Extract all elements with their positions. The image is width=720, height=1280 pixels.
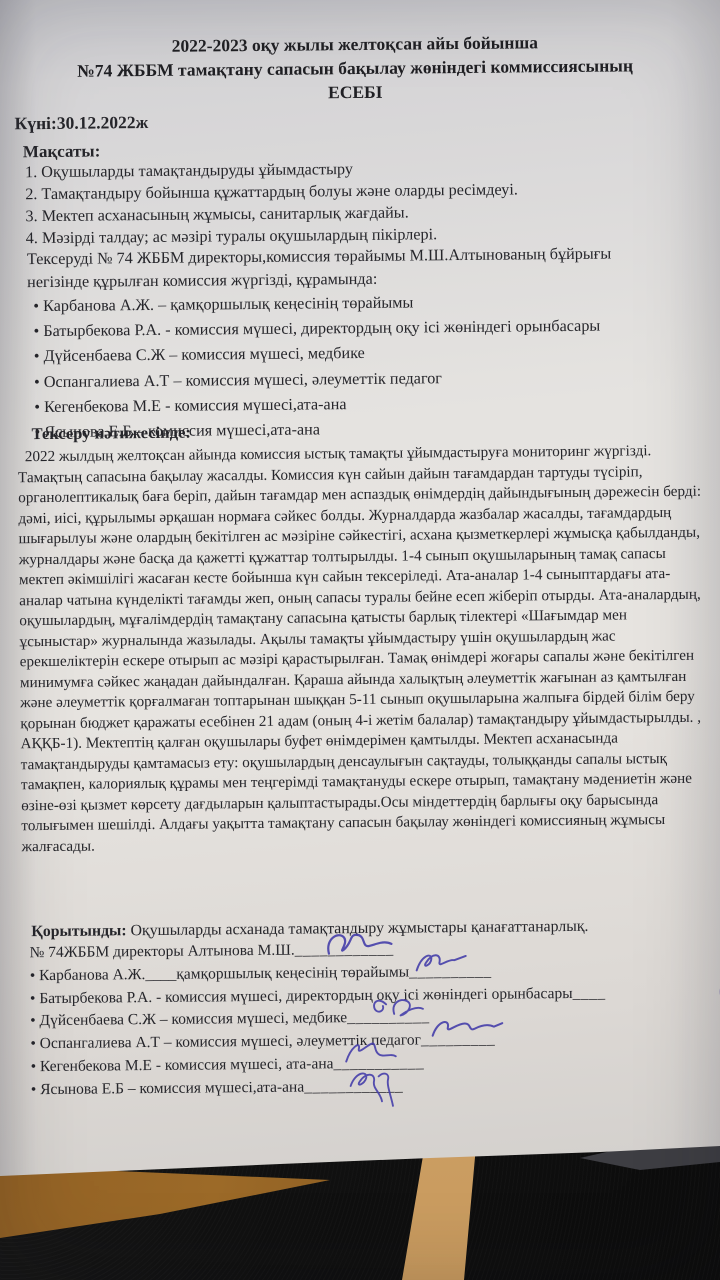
conclusion-text: Оқушыларды асханада тамақтандыру жұмыста… <box>127 918 589 939</box>
signature-blank: ____ <box>573 984 606 1001</box>
conclusion-label: Қорытынды: <box>31 922 126 940</box>
document-content: 2022-2023 оқу жылы желтоқсан айы бойынша… <box>0 0 720 1193</box>
signature-blank: ___________ <box>333 1054 424 1072</box>
signature-row-text: • Кегенбекова М.Е - комиссия мүшесі, ата… <box>31 1055 334 1075</box>
signature-blank: ____________ <box>295 941 394 959</box>
signature-row-text: • Дүйсенбаева С.Ж – комиссия мүшесі, мед… <box>30 1010 347 1030</box>
members-list: • Карбанова А.Ж. – қамқоршылық кеңесінің… <box>33 288 704 446</box>
signature-row-text: № 74ЖББМ директоры Алтынова М.Ш. <box>29 942 294 962</box>
results-body: 2022 жылдың желтоқсан айында комиссия ыс… <box>18 441 709 858</box>
report-title: 2022-2023 оқу жылы желтоқсан айы бойынша… <box>0 29 715 108</box>
paper-sheet: 2022-2023 оқу жылы желтоқсан айы бойынша… <box>0 0 720 1190</box>
results-heading: Тексеру нәтижесінде: <box>31 423 190 445</box>
date-line: Күні:30.12.2022ж <box>15 112 149 134</box>
commission-intro: Тексеруді № 74 ЖББМ директоры,комиссия т… <box>27 242 675 293</box>
goals-heading: Мақсаты: <box>23 141 101 162</box>
signature-blank: ____________ <box>304 1077 403 1095</box>
signature-row-text: • Оспангалиева А.Т – комиссия мүшесі, әл… <box>30 1032 421 1053</box>
signature-row-text: • Ясынова Е.Б – комиссия мүшесі,ата-ана <box>31 1078 304 1098</box>
signature-blank: __________ <box>409 963 492 981</box>
signatures-block: № 74ЖББМ директоры Алтынова М.Ш.________… <box>29 938 720 1104</box>
signature-blank: _________ <box>421 1031 495 1049</box>
signature-row-text: • Карбанова А.Ж.____қамқоршылық кеңесіні… <box>30 963 410 984</box>
goals-list: 1. Оқушыларды тамақтандыруды ұйымдастыру… <box>25 155 696 249</box>
signature-blank: __________ <box>347 1009 430 1027</box>
